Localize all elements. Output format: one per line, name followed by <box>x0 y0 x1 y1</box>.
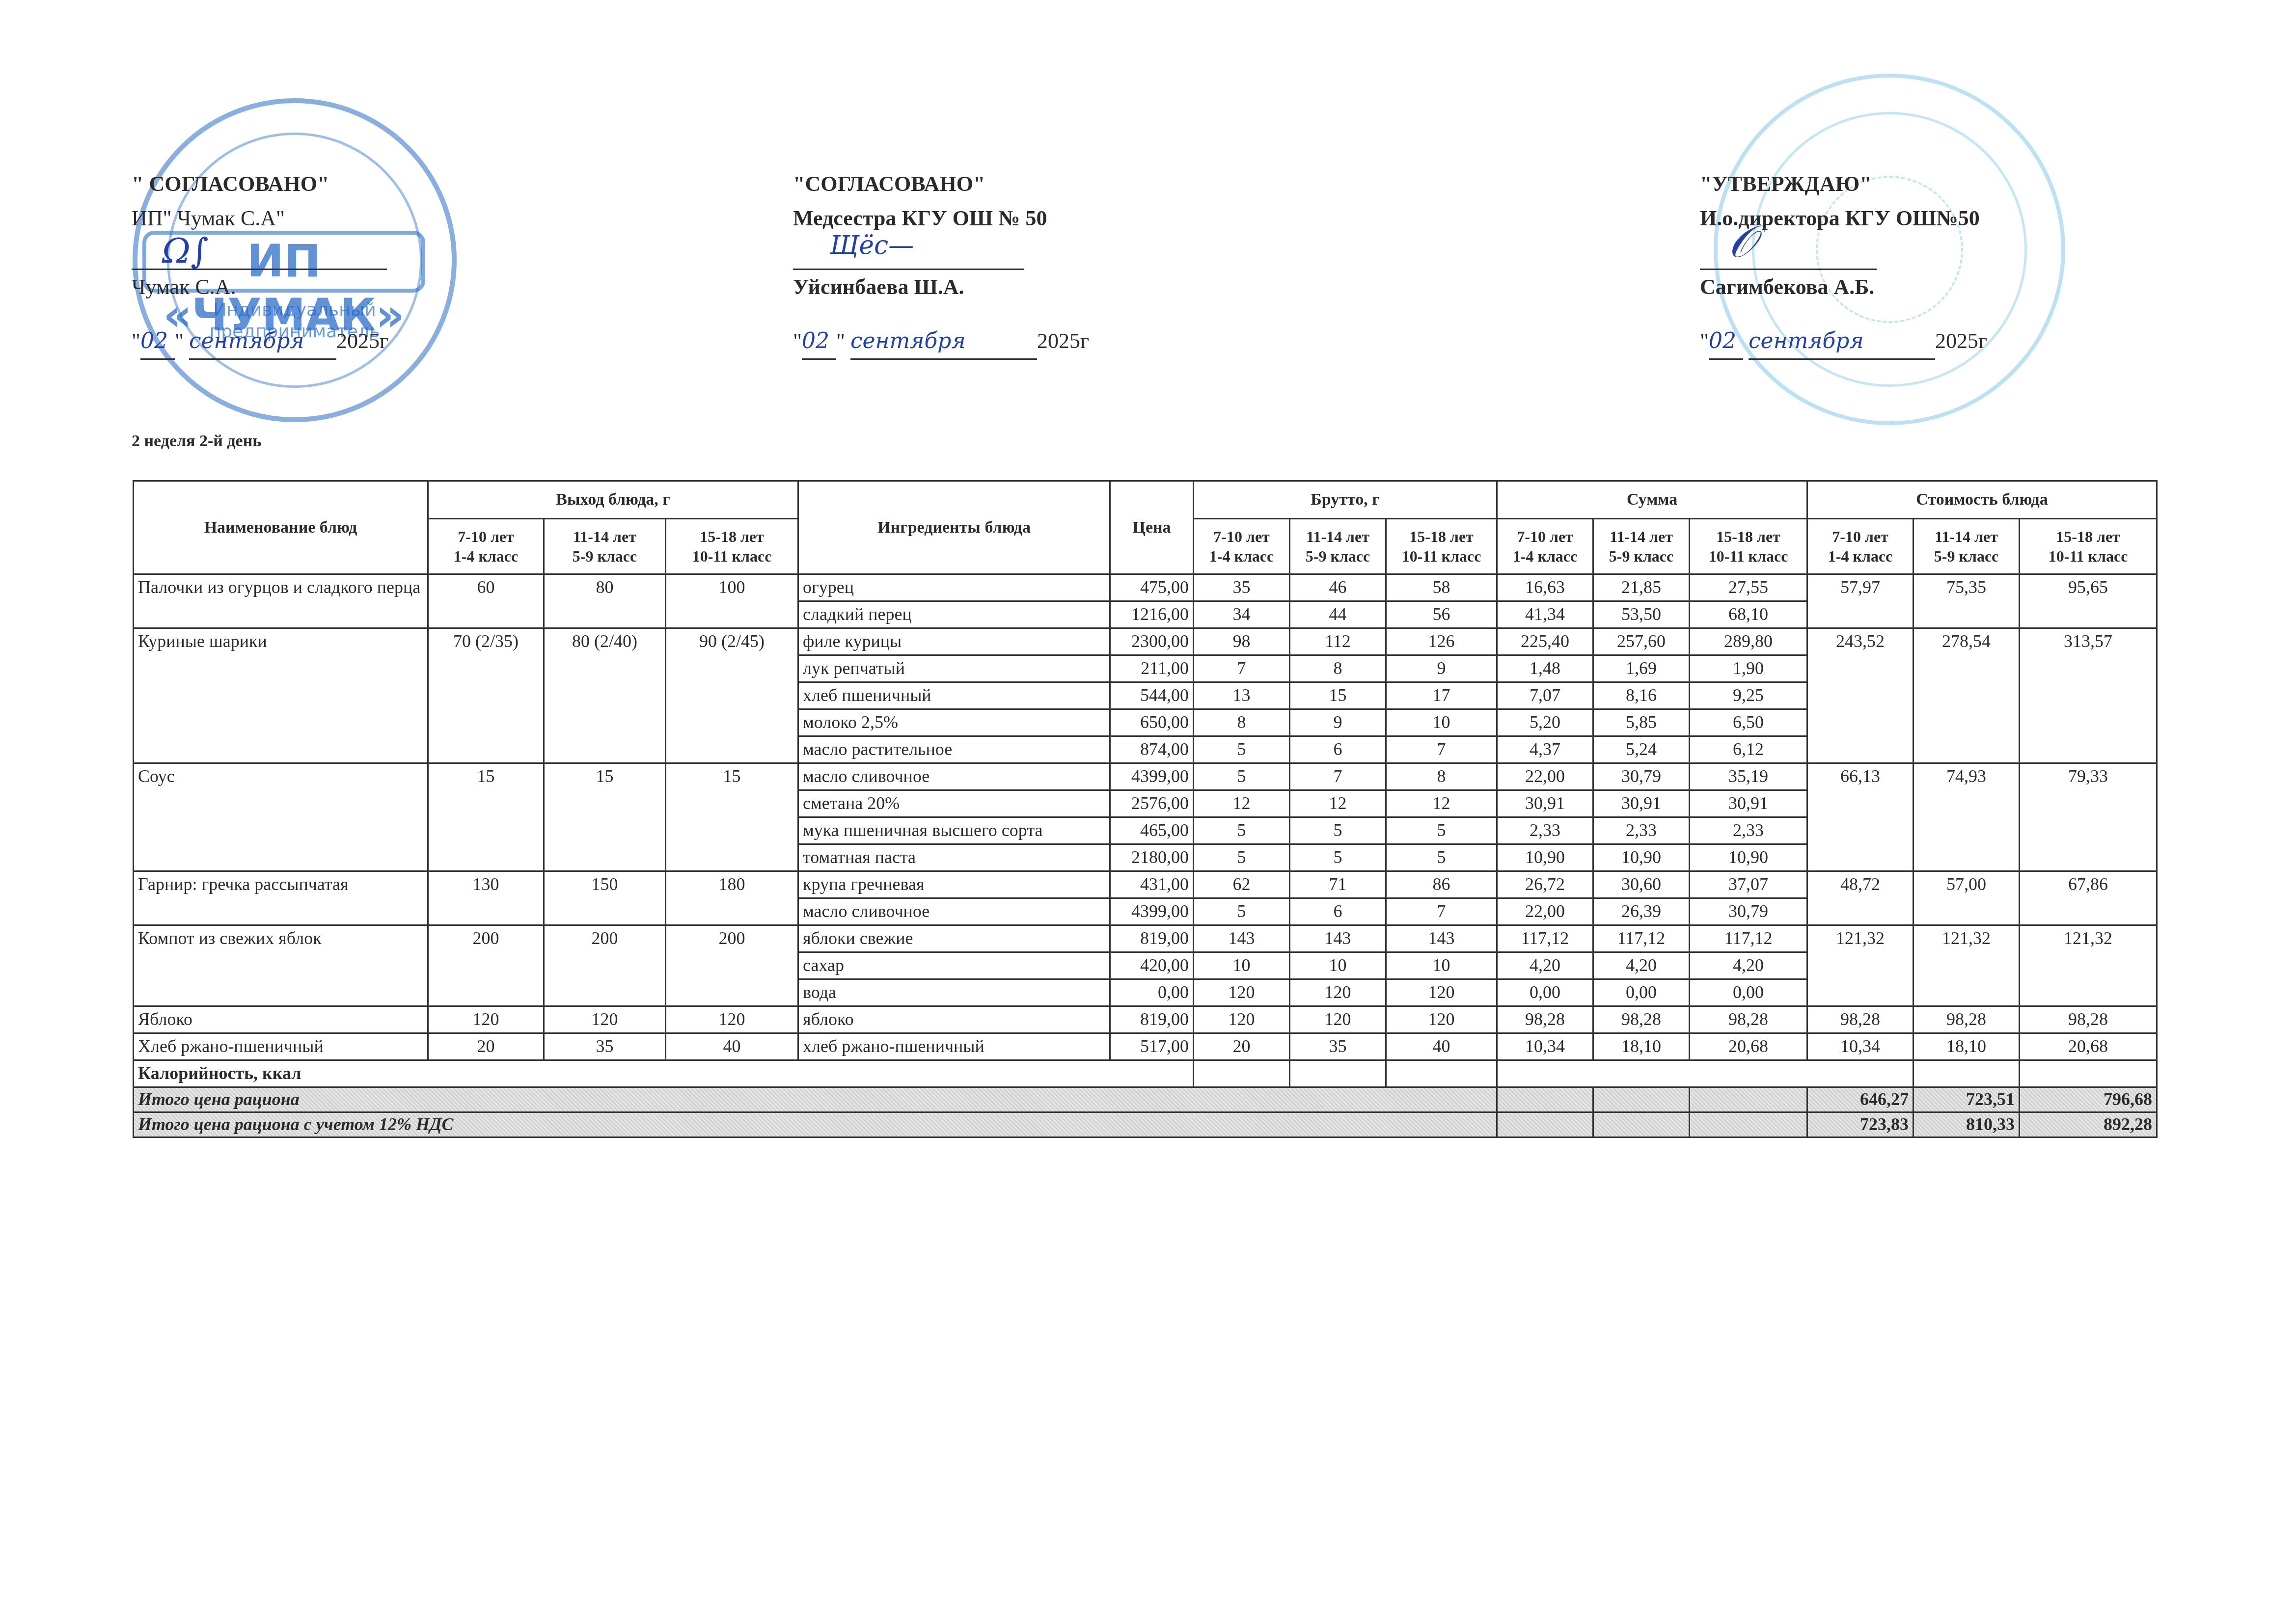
dish-yield: 70 (2/35) <box>428 628 544 763</box>
ingredient-sum: 5,24 <box>1593 736 1690 763</box>
total-empty-cell <box>1497 1112 1593 1137</box>
ingredient-gross: 58 <box>1386 574 1497 601</box>
ingredient-sum: 16,63 <box>1497 574 1593 601</box>
header-yield: Выход блюда, г <box>428 481 798 519</box>
dish-cost: 18,10 <box>1913 1033 2020 1060</box>
dish-cost: 48,72 <box>1807 871 1913 925</box>
ingredient-sum: 4,20 <box>1497 952 1593 979</box>
dish-yield: 60 <box>428 574 544 628</box>
ingredient-gross: 44 <box>1290 601 1386 628</box>
age-range: 7-10 лет <box>1812 527 1909 546</box>
ingredient-gross: 120 <box>1290 1006 1386 1033</box>
ingredient-price: 819,00 <box>1110 1006 1194 1033</box>
approval-title: " СОГЛАСОВАНО" <box>132 167 388 201</box>
grade-range: 5-9 класс <box>1294 546 1381 566</box>
ingredient-name: яблоки свежие <box>798 925 1110 952</box>
total-value: 810,33 <box>1913 1112 2020 1137</box>
ingredient-sum: 30,79 <box>1593 763 1690 790</box>
ingredient-gross: 10 <box>1290 952 1386 979</box>
calories-label: Калорийность, ккал <box>134 1060 1194 1087</box>
dish-yield: 90 (2/45) <box>666 628 798 763</box>
approval-block-nurse: "СОГЛАСОВАНО" Медсестра КГУ ОШ № 50 Уйси… <box>793 167 1089 360</box>
grade-range: 10-11 класс <box>670 546 793 566</box>
age-range: 11-14 лет <box>1918 527 2015 546</box>
ingredient-sum: 26,72 <box>1497 871 1593 898</box>
ingredient-sum: 98,28 <box>1497 1006 1593 1033</box>
dish-cost: 67,86 <box>2020 871 2157 925</box>
ingredient-price: 819,00 <box>1110 925 1194 952</box>
ingredient-sum: 98,28 <box>1593 1006 1690 1033</box>
ingredient-name: мука пшеничная высшего сорта <box>798 817 1110 844</box>
ingredient-sum: 4,37 <box>1497 736 1593 763</box>
total-value: 796,68 <box>2020 1087 2157 1112</box>
ingredient-gross: 120 <box>1290 979 1386 1006</box>
ingredient-gross: 17 <box>1386 682 1497 709</box>
date-month: сентября <box>189 324 336 360</box>
ingredient-name: сметана 20% <box>798 790 1110 817</box>
ingredient-name: хлеб пшеничный <box>798 682 1110 709</box>
ingredient-gross: 5 <box>1386 844 1497 871</box>
ingredient-sum: 30,91 <box>1497 790 1593 817</box>
ingredient-sum: 10,90 <box>1690 844 1807 871</box>
dish-yield: 120 <box>666 1006 798 1033</box>
ingredient-name: филе курицы <box>798 628 1110 655</box>
dish-name: Соус <box>134 763 428 871</box>
signature-handwritten: Щёс— <box>830 231 914 260</box>
ingredient-name: вода <box>798 979 1110 1006</box>
date-day: 02 <box>802 324 836 360</box>
ingredient-sum: 30,91 <box>1690 790 1807 817</box>
dish-name: Компот из свежих яблок <box>134 925 428 1006</box>
dish-yield: 200 <box>666 925 798 1006</box>
table-row: Компот из свежих яблок200200200яблоки св… <box>134 925 2157 952</box>
calories-cell <box>1194 1060 1290 1087</box>
ingredient-price: 2300,00 <box>1110 628 1194 655</box>
dish-yield: 150 <box>544 871 666 925</box>
age-range: 7-10 лет <box>1198 527 1285 546</box>
ingredient-sum: 7,07 <box>1497 682 1593 709</box>
dish-yield: 15 <box>666 763 798 871</box>
ingredient-price: 1216,00 <box>1110 601 1194 628</box>
total-empty-cell <box>1690 1112 1807 1137</box>
calories-row: Калорийность, ккал <box>134 1060 2157 1087</box>
ingredient-gross: 5 <box>1386 817 1497 844</box>
dish-cost: 10,34 <box>1807 1033 1913 1060</box>
date-month: сентября <box>850 324 1037 360</box>
ingredient-gross: 35 <box>1290 1033 1386 1060</box>
ingredient-sum: 20,68 <box>1690 1033 1807 1060</box>
header-dish-name: Наименование блюд <box>134 481 428 574</box>
ingredient-gross: 5 <box>1194 817 1290 844</box>
ingredient-gross: 120 <box>1194 979 1290 1006</box>
ingredient-sum: 10,90 <box>1497 844 1593 871</box>
ingredient-gross: 10 <box>1194 952 1290 979</box>
age-range: 11-14 лет <box>1598 527 1685 546</box>
dish-cost: 57,00 <box>1913 871 2020 925</box>
dish-cost: 57,97 <box>1807 574 1913 628</box>
age-range: 15-18 лет <box>2024 527 2152 546</box>
date-month: сентября <box>1749 324 1935 360</box>
table-row: Гарнир: гречка рассыпчатая130150180крупа… <box>134 871 2157 898</box>
ingredient-gross: 5 <box>1194 844 1290 871</box>
total-label: Итого цена рациона с учетом 12% НДС <box>134 1112 1497 1137</box>
header-sum: Сумма <box>1497 481 1807 519</box>
dish-cost: 121,32 <box>1913 925 2020 1006</box>
ingredient-sum: 9,25 <box>1690 682 1807 709</box>
dish-yield: 120 <box>544 1006 666 1033</box>
ingredient-gross: 98 <box>1194 628 1290 655</box>
ingredient-price: 465,00 <box>1110 817 1194 844</box>
dish-name: Яблоко <box>134 1006 428 1033</box>
dish-cost: 98,28 <box>2020 1006 2157 1033</box>
ingredient-gross: 7 <box>1386 736 1497 763</box>
ingredient-name: хлеб ржано-пшеничный <box>798 1033 1110 1060</box>
ingredient-name: огурец <box>798 574 1110 601</box>
ingredient-price: 4399,00 <box>1110 898 1194 925</box>
ingredient-sum: 27,55 <box>1690 574 1807 601</box>
ingredient-sum: 8,16 <box>1593 682 1690 709</box>
ingredient-gross: 5 <box>1290 844 1386 871</box>
ingredient-gross: 143 <box>1290 925 1386 952</box>
dish-yield: 130 <box>428 871 544 925</box>
ingredient-sum: 6,50 <box>1690 709 1807 736</box>
total-value: 723,83 <box>1807 1112 1913 1137</box>
ingredient-sum: 41,34 <box>1497 601 1593 628</box>
ingredient-name: масло сливочное <box>798 898 1110 925</box>
total-empty-cell <box>1690 1087 1807 1112</box>
ingredient-gross: 12 <box>1290 790 1386 817</box>
ingredient-name: масло растительное <box>798 736 1110 763</box>
header-age-group: 11-14 лет5-9 класс <box>544 519 666 574</box>
ingredient-sum: 37,07 <box>1690 871 1807 898</box>
ingredient-price: 475,00 <box>1110 574 1194 601</box>
dish-yield: 20 <box>428 1033 544 1060</box>
ingredient-gross: 7 <box>1290 763 1386 790</box>
header-gross: Брутто, г <box>1194 481 1497 519</box>
header-age-group: 15-18 лет10-11 класс <box>1690 519 1807 574</box>
approval-name: Чумак С.А. <box>132 270 388 304</box>
ingredient-price: 4399,00 <box>1110 763 1194 790</box>
ingredient-gross: 6 <box>1290 898 1386 925</box>
dish-cost: 278,54 <box>1913 628 2020 763</box>
ingredient-sum: 225,40 <box>1497 628 1593 655</box>
menu-day-label: 2 неделя 2-й день <box>132 432 261 451</box>
ingredient-sum: 4,20 <box>1593 952 1690 979</box>
table-row: Соус151515масло сливочное4399,0057822,00… <box>134 763 2157 790</box>
dish-yield: 80 <box>544 574 666 628</box>
ingredient-sum: 1,90 <box>1690 655 1807 682</box>
age-range: 15-18 лет <box>1694 527 1803 546</box>
ingredient-sum: 35,19 <box>1690 763 1807 790</box>
dish-cost: 79,33 <box>2020 763 2157 871</box>
ingredient-price: 517,00 <box>1110 1033 1194 1060</box>
ingredient-name: сладкий перец <box>798 601 1110 628</box>
grade-range: 5-9 класс <box>1918 546 2015 566</box>
approval-date: "02" сентября2025г <box>793 324 1089 360</box>
calories-cell <box>1913 1060 2020 1087</box>
age-range: 15-18 лет <box>670 527 793 546</box>
ingredient-name: яблоко <box>798 1006 1110 1033</box>
grade-range: 10-11 класс <box>2024 546 2152 566</box>
ingredient-sum: 30,79 <box>1690 898 1807 925</box>
header-dish-cost: Стоимость блюда <box>1807 481 2157 519</box>
ingredient-sum: 98,28 <box>1690 1006 1807 1033</box>
ingredient-name: крупа гречневая <box>798 871 1110 898</box>
ingredient-gross: 7 <box>1386 898 1497 925</box>
date-day: 02 <box>140 324 175 360</box>
grade-range: 10-11 класс <box>1694 546 1803 566</box>
dish-yield: 15 <box>428 763 544 871</box>
table-row: Хлеб ржано-пшеничный203540хлеб ржано-пше… <box>134 1033 2157 1060</box>
dish-cost: 75,35 <box>1913 574 2020 628</box>
dish-cost: 74,93 <box>1913 763 2020 871</box>
ingredient-price: 874,00 <box>1110 736 1194 763</box>
date-year: 2025г <box>1935 329 1987 353</box>
ingredient-sum: 0,00 <box>1497 979 1593 1006</box>
ingredient-gross: 6 <box>1290 736 1386 763</box>
header-price: Цена <box>1110 481 1194 574</box>
dish-name: Палочки из огурцов и сладкого перца <box>134 574 428 628</box>
dish-yield: 180 <box>666 871 798 925</box>
ingredient-gross: 40 <box>1386 1033 1497 1060</box>
ingredient-sum: 26,39 <box>1593 898 1690 925</box>
dish-cost: 98,28 <box>1807 1006 1913 1033</box>
total-value: 723,51 <box>1913 1087 2020 1112</box>
ingredient-sum: 289,80 <box>1690 628 1807 655</box>
dish-cost: 121,32 <box>1807 925 1913 1006</box>
ingredient-sum: 30,91 <box>1593 790 1690 817</box>
grade-range: 5-9 класс <box>1598 546 1685 566</box>
ingredient-gross: 5 <box>1194 763 1290 790</box>
header-age-group: 15-18 лет10-11 класс <box>666 519 798 574</box>
header-age-group: 15-18 лет10-11 класс <box>1386 519 1497 574</box>
age-range: 7-10 лет <box>433 527 539 546</box>
header-age-group: 15-18 лет10-11 класс <box>2020 519 2157 574</box>
ingredient-gross: 15 <box>1290 682 1386 709</box>
ingredient-gross: 20 <box>1194 1033 1290 1060</box>
ingredient-gross: 7 <box>1194 655 1290 682</box>
total-value: 646,27 <box>1807 1087 1913 1112</box>
total-value: 892,28 <box>2020 1112 2157 1137</box>
header-age-group: 7-10 лет1-4 класс <box>1807 519 1913 574</box>
ingredient-sum: 1,69 <box>1593 655 1690 682</box>
approval-title: "СОГЛАСОВАНО" <box>793 167 1089 201</box>
ingredient-gross: 46 <box>1290 574 1386 601</box>
ingredient-gross: 71 <box>1290 871 1386 898</box>
dish-name: Куриные шарики <box>134 628 428 763</box>
ingredient-gross: 10 <box>1386 709 1497 736</box>
ingredient-gross: 34 <box>1194 601 1290 628</box>
ingredient-gross: 120 <box>1386 979 1497 1006</box>
ingredient-gross: 5 <box>1290 817 1386 844</box>
approval-name: Сагимбекова А.Б. <box>1700 270 1987 304</box>
ingredient-gross: 112 <box>1290 628 1386 655</box>
ingredient-sum: 2,33 <box>1593 817 1690 844</box>
ingredient-gross: 5 <box>1194 736 1290 763</box>
ingredient-sum: 18,10 <box>1593 1033 1690 1060</box>
ingredient-gross: 8 <box>1194 709 1290 736</box>
ingredient-gross: 86 <box>1386 871 1497 898</box>
signature-handwritten: Ω∫ <box>162 231 209 271</box>
dish-name: Хлеб ржано-пшеничный <box>134 1033 428 1060</box>
ingredient-sum: 30,60 <box>1593 871 1690 898</box>
dish-yield: 100 <box>666 574 798 628</box>
ingredient-gross: 56 <box>1386 601 1497 628</box>
ingredient-sum: 117,12 <box>1690 925 1807 952</box>
ingredient-gross: 13 <box>1194 682 1290 709</box>
ingredient-gross: 143 <box>1386 925 1497 952</box>
ingredient-gross: 120 <box>1194 1006 1290 1033</box>
header-age-group: 7-10 лет1-4 класс <box>1497 519 1593 574</box>
ingredient-sum: 5,85 <box>1593 709 1690 736</box>
ingredient-sum: 2,33 <box>1497 817 1593 844</box>
ingredient-price: 420,00 <box>1110 952 1194 979</box>
ingredient-sum: 1,48 <box>1497 655 1593 682</box>
ingredient-name: молоко 2,5% <box>798 709 1110 736</box>
dish-yield: 40 <box>666 1033 798 1060</box>
ingredient-name: масло сливочное <box>798 763 1110 790</box>
dish-yield: 15 <box>544 763 666 871</box>
header-age-group: 11-14 лет5-9 класс <box>1593 519 1690 574</box>
dish-yield: 200 <box>544 925 666 1006</box>
ingredient-sum: 0,00 <box>1690 979 1807 1006</box>
age-range: 11-14 лет <box>548 527 661 546</box>
ingredient-gross: 62 <box>1194 871 1290 898</box>
ingredient-price: 650,00 <box>1110 709 1194 736</box>
approval-date: "02" сентября2025г <box>132 324 388 360</box>
ingredient-sum: 117,12 <box>1497 925 1593 952</box>
grade-range: 5-9 класс <box>548 546 661 566</box>
dish-yield: 200 <box>428 925 544 1006</box>
ingredient-sum: 6,12 <box>1690 736 1807 763</box>
ingredient-gross: 126 <box>1386 628 1497 655</box>
grade-range: 1-4 класс <box>1502 546 1588 566</box>
total-empty-cell <box>1497 1087 1593 1112</box>
ingredient-gross: 12 <box>1194 790 1290 817</box>
ingredient-sum: 10,90 <box>1593 844 1690 871</box>
ingredient-gross: 9 <box>1290 709 1386 736</box>
ingredient-sum: 21,85 <box>1593 574 1690 601</box>
dish-cost: 98,28 <box>1913 1006 2020 1033</box>
ingredient-gross: 8 <box>1386 763 1497 790</box>
dish-yield: 120 <box>428 1006 544 1033</box>
date-year: 2025г <box>336 329 388 353</box>
ingredient-price: 0,00 <box>1110 979 1194 1006</box>
approval-title: "УТВЕРЖДАЮ" <box>1700 167 1987 201</box>
dish-cost: 243,52 <box>1807 628 1913 763</box>
ingredient-gross: 8 <box>1290 655 1386 682</box>
age-range: 11-14 лет <box>1294 527 1381 546</box>
grade-range: 1-4 класс <box>433 546 539 566</box>
dish-yield: 35 <box>544 1033 666 1060</box>
ingredient-gross: 12 <box>1386 790 1497 817</box>
ingredient-sum: 5,20 <box>1497 709 1593 736</box>
ingredient-sum: 257,60 <box>1593 628 1690 655</box>
ingredient-sum: 0,00 <box>1593 979 1690 1006</box>
ingredient-sum: 2,33 <box>1690 817 1807 844</box>
dish-cost: 121,32 <box>2020 925 2157 1006</box>
menu-table-body: Палочки из огурцов и сладкого перца60801… <box>134 574 2157 1137</box>
date-day: 02 <box>1709 324 1743 360</box>
table-row: Яблоко120120120яблоко819,0012012012098,2… <box>134 1006 2157 1033</box>
grade-range: 10-11 класс <box>1391 546 1492 566</box>
table-row: Палочки из огурцов и сладкого перца60801… <box>134 574 2157 601</box>
ingredient-price: 211,00 <box>1110 655 1194 682</box>
ingredient-price: 544,00 <box>1110 682 1194 709</box>
calories-cell <box>1497 1060 1913 1087</box>
grade-range: 1-4 класс <box>1812 546 1909 566</box>
ingredient-price: 2576,00 <box>1110 790 1194 817</box>
dish-cost: 66,13 <box>1807 763 1913 871</box>
ingredient-name: лук репчатый <box>798 655 1110 682</box>
dish-name: Гарнир: гречка рассыпчатая <box>134 871 428 925</box>
header-age-group: 11-14 лет5-9 класс <box>1913 519 2020 574</box>
header-age-group: 11-14 лет5-9 класс <box>1290 519 1386 574</box>
ingredient-gross: 9 <box>1386 655 1497 682</box>
ingredient-sum: 4,20 <box>1690 952 1807 979</box>
ingredient-sum: 53,50 <box>1593 601 1690 628</box>
ingredient-name: томатная паста <box>798 844 1110 871</box>
ingredient-sum: 117,12 <box>1593 925 1690 952</box>
total-empty-cell <box>1593 1087 1690 1112</box>
ingredient-sum: 10,34 <box>1497 1033 1593 1060</box>
header-ingredients: Ингредиенты блюда <box>798 481 1110 574</box>
approval-date: "02 сентября2025г <box>1700 324 1987 360</box>
dish-cost: 95,65 <box>2020 574 2157 628</box>
header-age-group: 7-10 лет1-4 класс <box>1194 519 1290 574</box>
menu-cost-table: Наименование блюд Выход блюда, г Ингреди… <box>133 480 2158 1138</box>
dish-cost: 20,68 <box>2020 1033 2157 1060</box>
ingredient-sum: 22,00 <box>1497 898 1593 925</box>
ingredient-gross: 5 <box>1194 898 1290 925</box>
ingredient-price: 431,00 <box>1110 871 1194 898</box>
header-age-group: 7-10 лет1-4 класс <box>428 519 544 574</box>
dish-cost: 313,57 <box>2020 628 2157 763</box>
ingredient-gross: 143 <box>1194 925 1290 952</box>
age-range: 7-10 лет <box>1502 527 1588 546</box>
approval-name: Уйсинбаева Ш.А. <box>793 270 1089 304</box>
ingredient-gross: 10 <box>1386 952 1497 979</box>
ingredient-sum: 22,00 <box>1497 763 1593 790</box>
total-vat-row: Итого цена рациона с учетом 12% НДС723,8… <box>134 1112 2157 1137</box>
calories-cell <box>2020 1060 2157 1087</box>
ingredient-sum: 68,10 <box>1690 601 1807 628</box>
ingredient-price: 2180,00 <box>1110 844 1194 871</box>
dish-yield: 80 (2/40) <box>544 628 666 763</box>
ingredient-gross: 120 <box>1386 1006 1497 1033</box>
grade-range: 1-4 класс <box>1198 546 1285 566</box>
calories-cell <box>1386 1060 1497 1087</box>
total-row: Итого цена рациона646,27723,51796,68 <box>134 1087 2157 1112</box>
ingredient-gross: 35 <box>1194 574 1290 601</box>
age-range: 15-18 лет <box>1391 527 1492 546</box>
table-row: Куриные шарики70 (2/35)80 (2/40)90 (2/45… <box>134 628 2157 655</box>
date-year: 2025г <box>1037 329 1089 353</box>
calories-cell <box>1290 1060 1386 1087</box>
ingredient-name: сахар <box>798 952 1110 979</box>
signature-handwritten: 𝒪 <box>1728 216 1756 268</box>
total-label: Итого цена рациона <box>134 1087 1497 1112</box>
total-empty-cell <box>1593 1112 1690 1137</box>
